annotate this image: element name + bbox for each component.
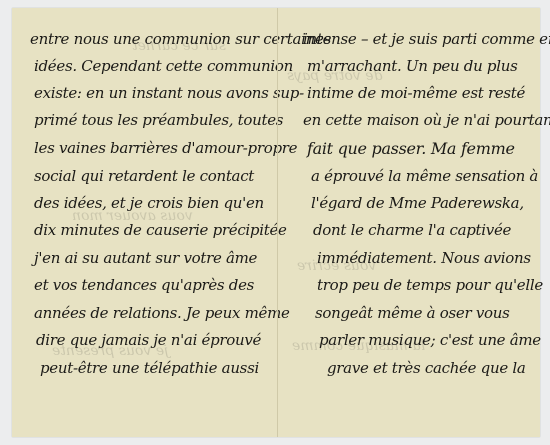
- text-line: idées. Cependant cette communion: [34, 57, 293, 75]
- text-line: années de relations. Je peux même: [34, 304, 290, 322]
- text-line: existe: en un instant nous avons sup-: [34, 84, 304, 102]
- text-line: en cette maison où je n'ai pourtant: [303, 111, 550, 129]
- text-line: parler musique; c'est une âme: [319, 331, 541, 349]
- text-line: primé tous les préambules, toutes: [34, 111, 283, 129]
- text-line: songeât même à oser vous: [315, 304, 510, 322]
- text-line: social qui retardent le contact: [34, 167, 254, 185]
- letter-sheet: sur ce carnet vous avouer mon je vous pr…: [12, 8, 540, 437]
- text-line: et vos tendances qu'après des: [34, 276, 254, 294]
- text-line: peut-être une télépathie aussi: [40, 359, 259, 377]
- text-line: m'arrachant. Un peu du plus: [307, 57, 517, 75]
- text-line: l'égard de Mme Paderewska,: [311, 194, 524, 212]
- text-line: intime de moi-même est resté: [307, 84, 525, 102]
- left-page: sur ce carnet vous avouer mon je vous pr…: [12, 8, 277, 437]
- text-line: dix minutes de causerie précipitée: [34, 221, 287, 239]
- text-line: des idées, et je crois bien qu'en: [34, 194, 264, 212]
- right-page: de votre pays vous écrire la musique com…: [277, 8, 540, 437]
- text-line: grave et très cachée que la: [327, 359, 526, 377]
- text-line: a éprouvé la même sensation à: [311, 167, 538, 185]
- text-line: trop peu de temps pour qu'elle: [317, 276, 543, 294]
- text-line: les vaines barrières d'amour-propre: [34, 139, 297, 157]
- text-line: j'en ai su autant sur votre âme: [34, 249, 257, 267]
- text-line: fait que passer. Ma femme: [307, 139, 515, 158]
- text-line: immédiatement. Nous avions: [317, 249, 531, 267]
- text-line: dire que jamais je n'ai éprouvé: [36, 331, 261, 349]
- text-line: dont le charme l'a captivée: [313, 221, 511, 239]
- text-line: intense – et je suis parti comme en: [303, 30, 550, 48]
